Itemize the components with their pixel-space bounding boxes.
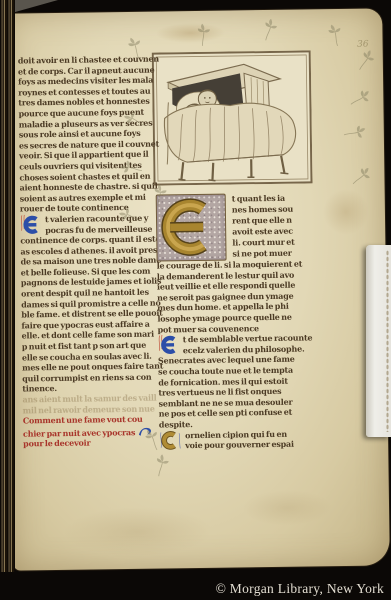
binding-gutter: [0, 0, 15, 572]
manuscript-text-line: voie pour gouverner espai: [185, 438, 337, 451]
ivy-leaf-icon: [254, 15, 285, 46]
rubric-line: chier par nuit avec ypocras: [23, 425, 155, 438]
ivy-leaf-icon: [349, 44, 382, 77]
ivy-leaf-icon: [321, 21, 349, 49]
ivy-leaf-icon: [191, 22, 217, 48]
right-text-column: t quant les ianes homes sourent que elle…: [156, 192, 338, 451]
manuscript-photo: 36 doit avoir en li chast: [0, 0, 391, 600]
repair-tab: [366, 245, 391, 437]
rubric-line: pour le decevoir: [23, 437, 155, 450]
illuminated-initial-E: [20, 214, 43, 235]
copyright-credit: © Morgan Library, New York: [216, 581, 384, 597]
ivy-leaf-icon: [344, 82, 377, 115]
ivy-decoration-layer: [5, 8, 382, 13]
manuscript-page: 36 doit avoir en li chast: [5, 8, 390, 570]
faded-showthrough-line: mil nel rawoir demeure son nue: [23, 403, 155, 415]
initial-section: t valerien racounte que ypocras fu de me…: [20, 213, 155, 395]
initial-section: t quant les ianes homes sourent que elle…: [156, 192, 336, 335]
initial-section: ornelien cipion qui fu envoie pour gouve…: [159, 428, 337, 452]
ivy-leaf-icon: [345, 160, 379, 194]
ivy-leaf-icon: [341, 119, 369, 147]
ivy-leaf-icon: [146, 182, 174, 210]
bed-scene-miniature: [152, 50, 313, 185]
ivy-leaf-icon: [147, 451, 176, 480]
parchment-stain: [242, 489, 332, 526]
initial-section: t de semblable vertue racounteecelz vale…: [158, 332, 337, 430]
illuminated-initial-E: [158, 334, 181, 355]
parchment-stain: [62, 506, 213, 558]
